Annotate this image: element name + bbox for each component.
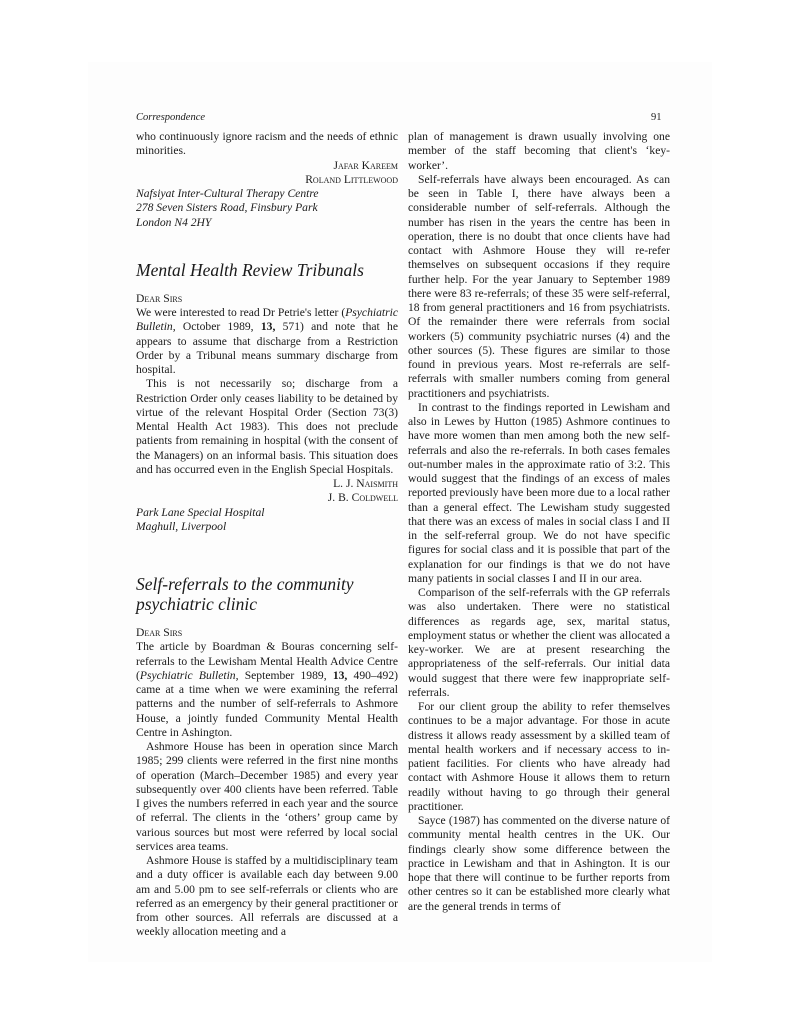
running-head: Correspondence [136,112,205,123]
address-line: Maghull, Liverpool [136,520,398,534]
paragraph: This is not necessarily so; discharge fr… [136,377,398,477]
paragraph: Sayce (1987) has commented on the divers… [408,814,670,914]
paragraph: We were interested to read Dr Petrie's l… [136,306,398,377]
signatory: J. B. Coldwell [136,491,398,505]
address-line: London N4 2HY [136,216,398,230]
paragraph: plan of management is drawn usually invo… [408,130,670,173]
continuation-text: who continuously ignore racism and the n… [136,130,398,159]
paragraph: Self-referrals have always been encourag… [408,173,670,401]
paragraph: In contrast to the findings reported in … [408,401,670,586]
left-column: who continuously ignore racism and the n… [136,130,398,940]
paragraph: Ashmore House is staffed by a multidisci… [136,854,398,940]
page-number: 91 [651,112,662,123]
paragraph: The article by Boardman & Bouras concern… [136,640,398,740]
salutation: Dear Sirs [136,626,398,640]
paragraph: For our client group the ability to refe… [408,700,670,814]
signatory: L. J. Naismith [136,477,398,491]
address-line: Nafsiyat Inter-Cultural Therapy Centre [136,187,398,201]
paragraph: Ashmore House has been in operation sinc… [136,740,398,854]
paragraph: Comparison of the self-referrals with th… [408,586,670,700]
letter-title: Self-referrals to the communitypsychiatr… [136,574,398,614]
signatory: Jafar Kareem [136,159,398,173]
address-line: 278 Seven Sisters Road, Finsbury Park [136,201,398,215]
address-line: Park Lane Special Hospital [136,506,398,520]
right-column: plan of management is drawn usually invo… [408,130,670,914]
salutation: Dear Sirs [136,292,398,306]
letter-title: Mental Health Review Tribunals [136,260,398,280]
signatory: Roland Littlewood [136,173,398,187]
